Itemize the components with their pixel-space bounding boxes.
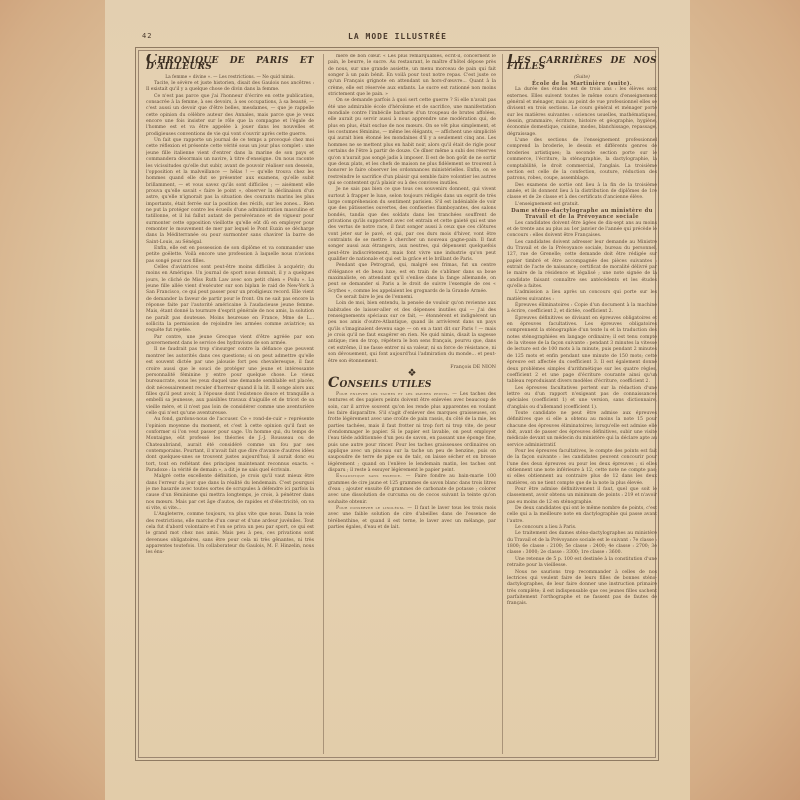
paragraph: Pour conserver le linoléum. — Il faut le… (328, 506, 496, 531)
conseils-title: CONSEILS UTILES (328, 380, 496, 388)
carrieres-title: LES CARRIÈRES DE NOS FILLES (507, 56, 657, 71)
paragraph: Un fait que rapporte un journal de ce te… (146, 138, 314, 246)
paragraph: Loin de moi, bien entendu, la pensée de … (328, 301, 496, 364)
conseils-body: Pour enlever les taches et les papiers p… (328, 392, 496, 532)
chronique-title: CHRONIQUE DE PARIS ET D'AILLEURS (146, 56, 314, 71)
paragraph: Enfin, elle est en possession de son dip… (146, 246, 314, 265)
paragraph-text: Les taches des tentures et des papiers p… (328, 392, 496, 473)
paragraph: Encaustique sans essence. — Faire fondre… (328, 474, 496, 506)
paragraph: Tacite, le sévère et juste historien, di… (146, 81, 314, 94)
chronique-continued-body: mère de bon cœur. « Les plus remarquable… (328, 54, 496, 365)
paragraph: Par contre, une jeune Grecque vient d'êt… (146, 335, 314, 348)
paragraph: Épreuves définitives se divisant en épre… (507, 316, 657, 386)
paragraph: Pour les épreuves facultatives, le compt… (507, 449, 657, 487)
paragraph: Pour enlever les taches et les papiers p… (328, 392, 496, 474)
paragraph: La durée des études est de trois ans : l… (507, 87, 657, 138)
paragraph: De deux candidates qui ont le même nombr… (507, 506, 657, 525)
paragraph: Ce n'est pas parce que j'ai l'honneur d'… (146, 94, 314, 138)
paragraph: Celles d'aviatrices sont peut-être moins… (146, 265, 314, 335)
paragraph-lead: Pour enlever les taches et les papiers p… (336, 392, 460, 397)
paragraph: Pendant que Petrograd, qui, malgré ses f… (328, 263, 496, 295)
paragraph: Les épreuves facultatives portent sur la… (507, 386, 657, 411)
paragraph-lead: Pour conserver le linoléum. — (336, 506, 415, 511)
article-frame: CHRONIQUE DE PARIS ET D'AILLEURS La femm… (135, 47, 659, 761)
paragraph: Pour être admise définitivement il faut,… (507, 487, 657, 506)
paragraph: mère de bon cœur. « Les plus remarquable… (328, 54, 496, 98)
carrieres-body-2: Les candidates doivent être âgées de dix… (507, 221, 657, 608)
paragraph: Des examens de sortie ont lieu à la fin … (507, 183, 657, 202)
running-head: 42 LA MODE ILLUSTRÉE (105, 30, 690, 44)
subhead-steno: Dame sténo-dactylographe au ministère du… (507, 208, 657, 221)
paragraph: Il ne faudrait pas trop s'insurger contr… (146, 347, 314, 417)
paragraph-lead: Encaustique sans essence. — (336, 474, 415, 479)
journal-title: LA MODE ILLUSTRÉE (105, 32, 690, 41)
carrieres-body-1: La durée des études est de trois ans : l… (507, 87, 657, 208)
paragraph: L'une des sections de l'enseignement pro… (507, 138, 657, 182)
magazine-page: 42 LA MODE ILLUSTRÉE CHRONIQUE DE PARIS … (105, 0, 690, 800)
paragraph: Toute candidate ne peut être admise aux … (507, 411, 657, 449)
ornament-icon: ❖ (328, 371, 496, 377)
paragraph: Les candidates doivent adresser leur dem… (507, 240, 657, 291)
column-2: mère de bon cœur. « Les plus remarquable… (323, 54, 496, 754)
paragraph: Je ne sais pas bien ce que tous ces souv… (328, 187, 496, 263)
paragraph: On se demande parfois à quoi sert cette … (328, 98, 496, 187)
column-3: LES CARRIÈRES DE NOS FILLES (Suite) Écol… (502, 54, 657, 754)
column-1: CHRONIQUE DE PARIS ET D'AILLEURS La femm… (146, 54, 314, 754)
paragraph: L'Angleterre, comme toujours, va plus vi… (146, 512, 314, 556)
paragraph: Nous ne saurions trop recommander à cell… (507, 570, 657, 608)
paragraph: Le traitement des dames sténo-dactylogra… (507, 531, 657, 556)
paragraph: Au fond, gardons-nous de l'accuser. Ce «… (146, 417, 314, 474)
paragraph: Épreuves éliminatoires : Copie d'un docu… (507, 303, 657, 316)
paragraph: Une retenue de 5 p. 100 est destinée à l… (507, 557, 657, 570)
paragraph: Malgré cette excellente définition, je c… (146, 474, 314, 512)
paragraph: Les candidates doivent être âgées de dix… (507, 221, 657, 240)
chronique-body: Tacite, le sévère et juste historien, di… (146, 81, 314, 557)
paragraph: L'admission a lieu après un concours qui… (507, 290, 657, 303)
